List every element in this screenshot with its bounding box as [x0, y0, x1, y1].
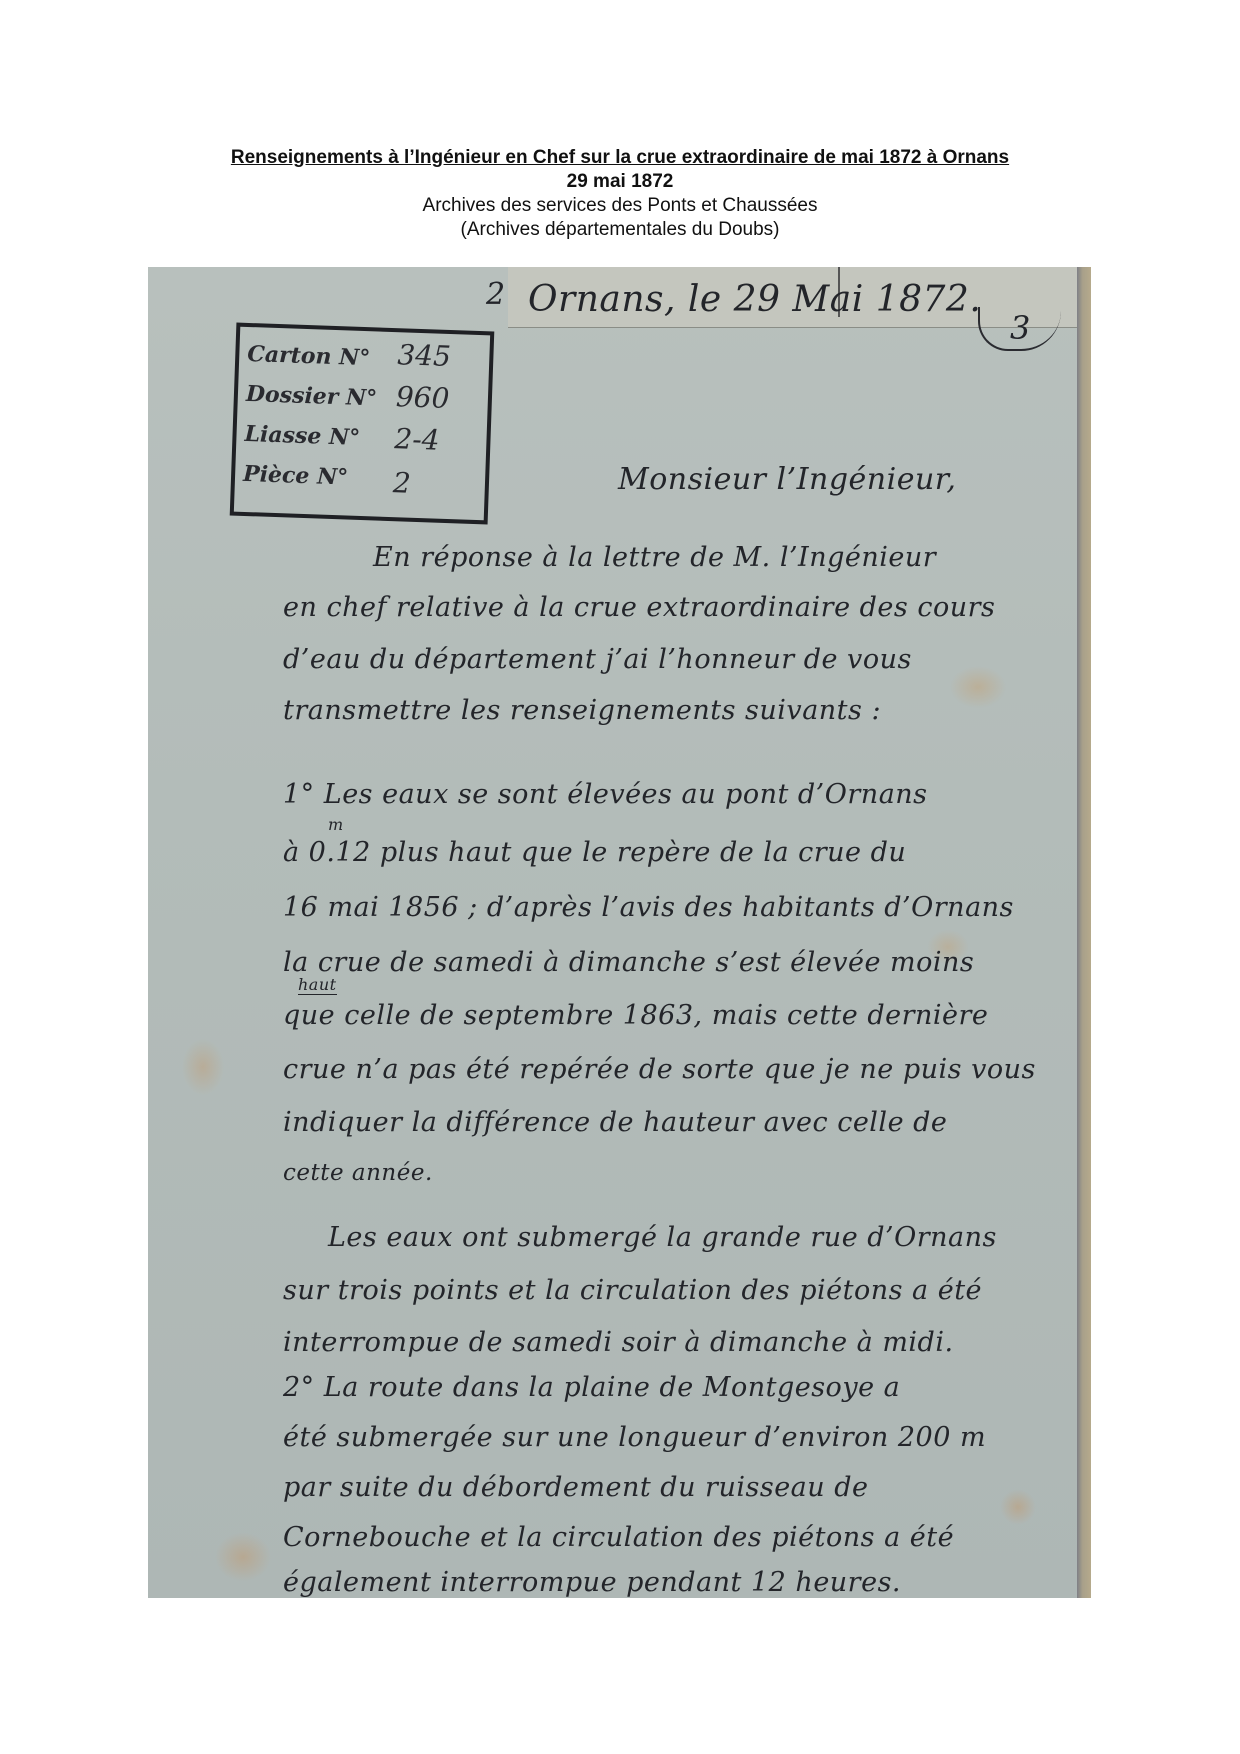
- letter-line: que celle de septembre 1863, mais cette …: [283, 1000, 988, 1031]
- letter-line: à 0.12 plus haut que le repère de la cru…: [283, 837, 906, 868]
- stamp-value-carton: 345: [397, 338, 452, 373]
- source-department: (Archives départementales du Doubs): [0, 218, 1240, 242]
- letter-line: En réponse à la lettre de M. l’Ingénieur: [373, 542, 936, 573]
- stamp-label-piece: Pièce N°: [243, 461, 349, 491]
- stamp-value-piece: 2: [392, 466, 411, 500]
- letter-line: 16 mai 1856 ; d’après l’avis des habitan…: [283, 892, 1014, 923]
- salutation: Monsieur l’Ingénieur,: [618, 462, 956, 497]
- letter-line: la crue de samedi à dimanche s’est élevé…: [283, 947, 974, 978]
- interlinear-note: haut: [298, 975, 337, 995]
- letter-line: Les eaux ont submergé la grande rue d’Or…: [328, 1222, 997, 1253]
- source-archive: Archives des services des Ponts et Chaus…: [0, 194, 1240, 218]
- stamp-value-dossier: 960: [395, 380, 450, 415]
- document-caption: Renseignements à l’Ingénieur en Chef sur…: [0, 146, 1240, 242]
- stamp-label-liasse: Liasse N°: [244, 421, 360, 451]
- letter-line: également interrompue pendant 12 heures.: [283, 1567, 901, 1598]
- letter-line: crue n’a pas été repérée de sorte que je…: [283, 1054, 1036, 1085]
- stamp-value-liasse: 2-4: [394, 422, 440, 457]
- letter-dateline: Ornans, le 29 Mai 1872.: [528, 279, 981, 320]
- letter-line: été submergée sur une longueur d’environ…: [283, 1422, 986, 1453]
- folio-left-number: 2: [486, 277, 506, 312]
- letter-line: d’eau du département j’ai l’honneur de v…: [283, 644, 912, 675]
- letter-line: par suite du débordement du ruisseau de: [283, 1472, 869, 1503]
- letter-line: 1° Les eaux se sont élevées au pont d’Or…: [283, 779, 928, 810]
- letter-line: sur trois points et la circulation des p…: [283, 1275, 982, 1306]
- letter-line: en chef relative à la crue extraordinair…: [283, 592, 995, 623]
- letter-line: cette année.: [283, 1160, 433, 1186]
- letter-line: interrompue de samedi soir à dimanche à …: [283, 1327, 954, 1358]
- stamp-label-carton: Carton N°: [247, 341, 371, 371]
- archive-stamp: Carton N° 345 Dossier N° 960 Liasse N° 2…: [230, 323, 495, 525]
- document-date: 29 mai 1872: [0, 170, 1240, 194]
- letter-line: transmettre les renseignements suivants …: [283, 695, 881, 726]
- letter-line: indiquer la différence de hauteur avec c…: [283, 1107, 947, 1138]
- letter-photograph: 2 Ornans, le 29 Mai 1872. 3 Carton N° 34…: [148, 267, 1091, 1598]
- letter-line: Cornebouche et la circulation des piéton…: [283, 1522, 954, 1553]
- stamp-label-dossier: Dossier N°: [246, 381, 378, 412]
- photo-edge: [1077, 267, 1091, 1598]
- superscript-unit: m: [328, 815, 344, 834]
- document-title: Renseignements à l’Ingénieur en Chef sur…: [0, 146, 1240, 170]
- letter-line: 2° La route dans la plaine de Montgesoye…: [283, 1372, 900, 1403]
